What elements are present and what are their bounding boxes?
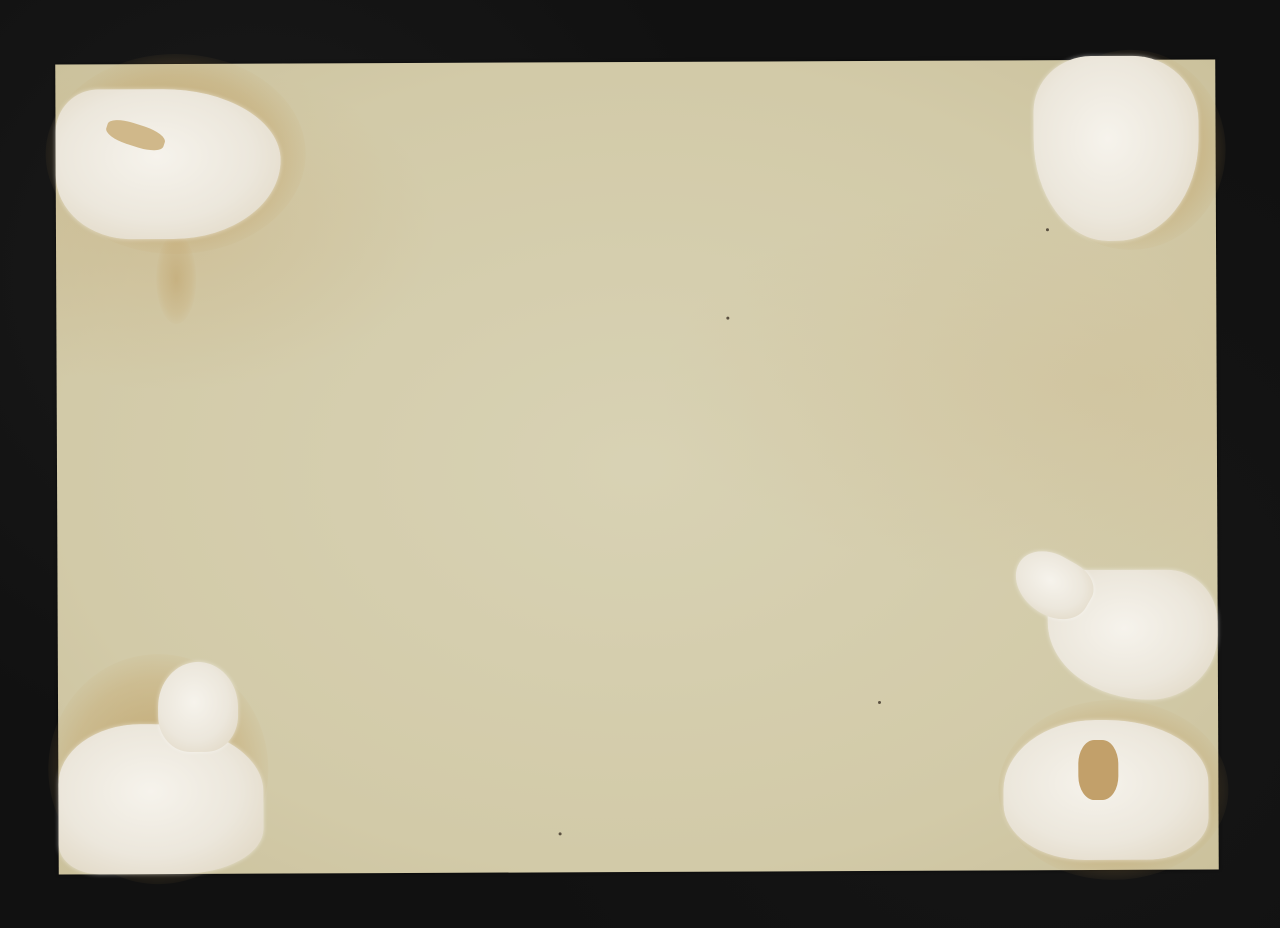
residue-bottom-right-gap (1078, 740, 1118, 800)
residue-top-left (55, 89, 281, 240)
residue-bottom-left (58, 724, 264, 875)
speck (726, 317, 729, 320)
paper-card (55, 59, 1219, 874)
stain-top-left-drip (156, 234, 196, 324)
residue-bottom-left-top (158, 662, 238, 752)
speck (1046, 228, 1049, 231)
speck (559, 832, 562, 835)
speck (878, 701, 881, 704)
